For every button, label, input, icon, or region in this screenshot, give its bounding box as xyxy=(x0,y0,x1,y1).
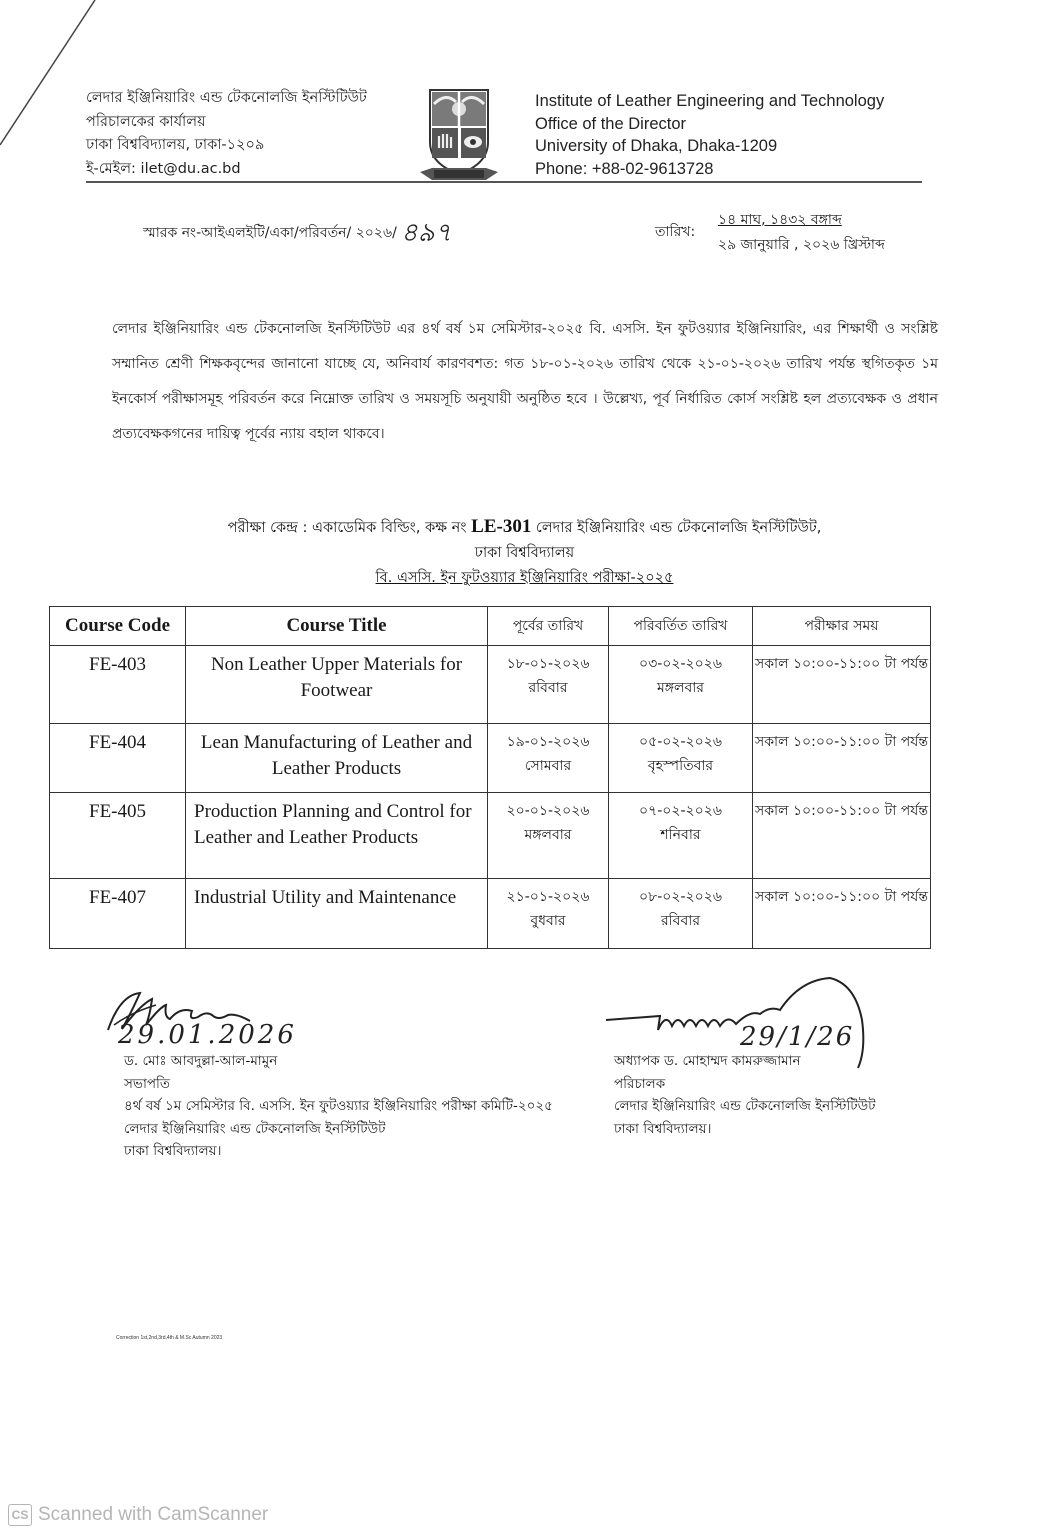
exam-title: বি. এসসি. ইন ফুটওয়্যার ইঞ্জিনিয়ারিং পর… xyxy=(0,566,1049,591)
exam-center-line1: পরীক্ষা কেন্দ্র : একাডেমিক বিল্ডিং, কক্ষ… xyxy=(0,514,1049,541)
exam-schedule-table: Course Code Course Title পূর্বের তারিখ প… xyxy=(49,606,931,949)
previous-day: বুধবার xyxy=(489,909,607,933)
header-course-code: Course Code xyxy=(50,607,186,646)
table-row: FE-405 Production Planning and Control f… xyxy=(50,793,931,879)
signatory-left-institute: লেদার ইঞ্জিনিয়ারিং এন্ড টেকনোলজি ইনস্টি… xyxy=(124,1118,553,1141)
phone-en: Phone: +88-02-9613728 xyxy=(535,158,884,181)
exam-center-suffix: লেদার ইঞ্জিনিয়ারিং এন্ড টেকনোলজি ইনস্টি… xyxy=(531,520,821,536)
revised-date-value: ০৮-০২-২০২৬ xyxy=(610,885,751,909)
previous-date: ১৮-০১-২০২৬রবিবার xyxy=(488,646,609,724)
exam-center-prefix: পরীক্ষা কেন্দ্র : একাডেমিক বিল্ডিং, কক্ষ… xyxy=(228,520,472,536)
date-block: ১৪ মাঘ, ১৪৩২ বঙ্গাব্দ ২৯ জানুয়ারি , ২০২… xyxy=(718,208,885,258)
address-en: University of Dhaka, Dhaka-1209 xyxy=(535,135,884,158)
signatory-right-role: পরিচালক xyxy=(614,1073,875,1096)
signatory-right-institute: লেদার ইঞ্জিনিয়ারিং এন্ড টেকনোলজি ইনস্টি… xyxy=(614,1095,875,1118)
revised-date: ০৭-০২-২০২৬শনিবার xyxy=(609,793,753,879)
revised-date: ০৮-০২-২০২৬রবিবার xyxy=(609,879,753,949)
table-row: FE-403 Non Leather Upper Materials for F… xyxy=(50,646,931,724)
previous-date-value: ২০-০১-২০২৬ xyxy=(489,799,607,823)
table-header-row: Course Code Course Title পূর্বের তারিখ প… xyxy=(50,607,931,646)
notice-body: লেদার ইঞ্জিনিয়ারিং এন্ড টেকনোলজি ইনস্টি… xyxy=(112,312,938,452)
revised-date: ০৩-০২-২০২৬মঙ্গলবার xyxy=(609,646,753,724)
previous-date-value: ১৯-০১-২০২৬ xyxy=(489,730,607,754)
revised-day: মঙ্গলবার xyxy=(610,676,751,700)
signatory-right-university: ঢাকা বিশ্ববিদ্যালয়। xyxy=(614,1118,875,1141)
memo-reference: স্মারক নং-আইএলইটি/একা/পরিবর্তন/ ২০২৬/৪৯৭ xyxy=(143,212,452,256)
revised-date: ০৫-০২-২০২৬বৃহস্পতিবার xyxy=(609,724,753,793)
exam-center-line2: ঢাকা বিশ্ববিদ্যালয় xyxy=(0,541,1049,566)
email-bn: ই-মেইল: ilet@du.ac.bd xyxy=(86,158,367,182)
institute-name-en: Institute of Leather Engineering and Tec… xyxy=(535,90,884,113)
exam-center-heading: পরীক্ষা কেন্দ্র : একাডেমিক বিল্ডিং, কক্ষ… xyxy=(0,514,1049,591)
revised-date-value: ০৭-০২-২০২৬ xyxy=(610,799,751,823)
camscanner-watermark: CS Scanned with CamScanner xyxy=(8,1504,268,1526)
left-signature-date: 29.01.2026 xyxy=(118,1020,297,1050)
table-row: FE-407 Industrial Utility and Maintenanc… xyxy=(50,879,931,949)
signatory-right-name: অধ্যাপক ড. মোহাম্মদ কামরুজ্জামান xyxy=(614,1050,875,1073)
signatory-left: ড. মোঃ আবদুল্লা-আল-মামুন সভাপতি ৪র্থ বর্… xyxy=(124,1050,553,1163)
right-signature-date: 29/1/26 xyxy=(740,1022,854,1052)
exam-time: সকাল ১০:০০-১১:০০ টা পর্যন্ত xyxy=(753,793,931,879)
date-label: তারিখ: xyxy=(655,220,695,244)
institute-name-bn: লেদার ইঞ্জিনিয়ারিং এন্ড টেকনোলজি ইনস্টি… xyxy=(86,87,367,111)
previous-date-value: ১৮-০১-২০২৬ xyxy=(489,652,607,676)
course-code: FE-404 xyxy=(50,724,186,793)
course-title: Lean Manufacturing of Leather and Leathe… xyxy=(186,724,488,793)
letterhead-bangla: লেদার ইঞ্জিনিয়ারিং এন্ড টেকনোলজি ইনস্টি… xyxy=(86,87,367,181)
previous-day: রবিবার xyxy=(489,676,607,700)
office-name-en: Office of the Director xyxy=(535,113,884,136)
address-bn: ঢাকা বিশ্ববিদ্যালয়, ঢাকা-১২০৯ xyxy=(86,134,367,158)
course-title: Production Planning and Control for Leat… xyxy=(186,793,488,879)
exam-time: সকাল ১০:০০-১১:০০ টা পর্যন্ত xyxy=(753,646,931,724)
header-course-title: Course Title xyxy=(186,607,488,646)
footnote: Correction 1st,2nd,3rd,4th & M.Sc Autumn… xyxy=(116,1335,222,1341)
previous-date-value: ২১-০১-২০২৬ xyxy=(489,885,607,909)
header-previous-date: পূর্বের তারিখ xyxy=(488,607,609,646)
previous-date: ২০-০১-২০২৬মঙ্গলবার xyxy=(488,793,609,879)
signatory-left-name: ড. মোঃ আবদুল্লা-আল-মামুন xyxy=(124,1050,553,1073)
office-name-bn: পরিচালকের কার্যালয় xyxy=(86,111,367,135)
table-row: FE-404 Lean Manufacturing of Leather and… xyxy=(50,724,931,793)
signatory-left-university: ঢাকা বিশ্ববিদ্যালয়। xyxy=(124,1140,553,1163)
course-code: FE-403 xyxy=(50,646,186,724)
course-code: FE-407 xyxy=(50,879,186,949)
exam-room: LE-301 xyxy=(471,516,531,537)
previous-day: সোমবার xyxy=(489,754,607,778)
header-exam-time: পরীক্ষার সময় xyxy=(753,607,931,646)
letterhead-divider xyxy=(86,181,922,183)
revised-day: রবিবার xyxy=(610,909,751,933)
course-title: Non Leather Upper Materials for Footwear xyxy=(186,646,488,724)
camscanner-logo-icon: CS xyxy=(8,1504,32,1526)
exam-time: সকাল ১০:০০-১১:০০ টা পর্যন্ত xyxy=(753,724,931,793)
course-title: Industrial Utility and Maintenance xyxy=(186,879,488,949)
revised-date-value: ০৩-০২-২০২৬ xyxy=(610,652,751,676)
revised-date-value: ০৫-০২-২০২৬ xyxy=(610,730,751,754)
exam-time: সকাল ১০:০০-১১:০০ টা পর্যন্ত xyxy=(753,879,931,949)
signatory-left-role: সভাপতি xyxy=(124,1073,553,1096)
date-bangla: ১৪ মাঘ, ১৪৩২ বঙ্গাব্দ xyxy=(718,208,885,233)
university-crest-icon xyxy=(420,84,498,184)
watermark-text: Scanned with CamScanner xyxy=(38,1504,268,1526)
memo-ref-number: ৪৯৭ xyxy=(401,218,452,248)
previous-date: ২১-০১-২০২৬বুধবার xyxy=(488,879,609,949)
revised-day: বৃহস্পতিবার xyxy=(610,754,751,778)
signatory-right: অধ্যাপক ড. মোহাম্মদ কামরুজ্জামান পরিচালক… xyxy=(614,1050,875,1140)
previous-date: ১৯-০১-২০২৬সোমবার xyxy=(488,724,609,793)
date-gregorian: ২৯ জানুয়ারি , ২০২৬ খ্রিস্টাব্দ xyxy=(718,233,885,258)
letterhead-english: Institute of Leather Engineering and Tec… xyxy=(535,90,884,180)
header-revised-date: পরিবর্তিত তারিখ xyxy=(609,607,753,646)
signatory-left-committee: ৪র্থ বর্ষ ১ম সেমিস্টার বি. এসসি. ইন ফুটও… xyxy=(124,1095,553,1118)
course-code: FE-405 xyxy=(50,793,186,879)
memo-ref-label: স্মারক নং-আইএলইটি/একা/পরিবর্তন/ ২০২৬/ xyxy=(143,225,397,241)
previous-day: মঙ্গলবার xyxy=(489,823,607,847)
revised-day: শনিবার xyxy=(610,823,751,847)
